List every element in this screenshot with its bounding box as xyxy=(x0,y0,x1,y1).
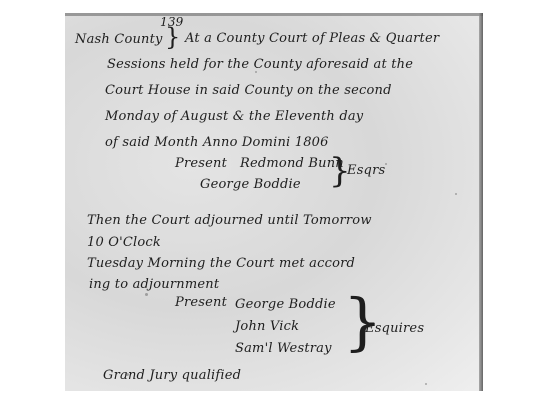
justice-name: George Boddie xyxy=(235,297,336,312)
grand-jury-line: Grand Jury qualified xyxy=(103,368,241,383)
justice-name: George Boddie xyxy=(200,177,301,192)
adjourn-time: 10 O'Clock xyxy=(87,235,161,250)
scan-speck xyxy=(455,193,457,195)
heading-line-3: Court House in said County on the second xyxy=(105,83,392,98)
heading-line-4: Monday of August & the Eleventh day xyxy=(105,109,363,124)
justice-name: John Vick xyxy=(235,319,299,334)
tuesday-line-1: Tuesday Morning the Court met accord xyxy=(87,256,355,271)
heading-line-2: Sessions held for the County aforesaid a… xyxy=(107,57,413,72)
title-esquires: Esquires xyxy=(365,321,424,336)
tuesday-line-2: ing to adjournment xyxy=(89,277,219,292)
heading-line-5: of said Month Anno Domini 1806 xyxy=(105,135,329,150)
justice-name: Sam'l Westray xyxy=(235,341,332,356)
margin-brace: } xyxy=(165,23,180,51)
margin-county-label: Nash County xyxy=(75,32,163,47)
adjourn-line: Then the Court adjourned until Tomorrow xyxy=(87,213,372,228)
scan-speck xyxy=(145,293,148,296)
present-label-2: Present xyxy=(175,295,227,310)
title-esqrs: Esqrs xyxy=(347,163,385,178)
scanned-document-page: 139 Nash County } At a County Court of P… xyxy=(65,13,483,391)
present-label-1: Present xyxy=(175,156,227,171)
scan-speck xyxy=(425,383,427,385)
heading-line-1: At a County Court of Pleas & Quarter xyxy=(185,31,439,46)
